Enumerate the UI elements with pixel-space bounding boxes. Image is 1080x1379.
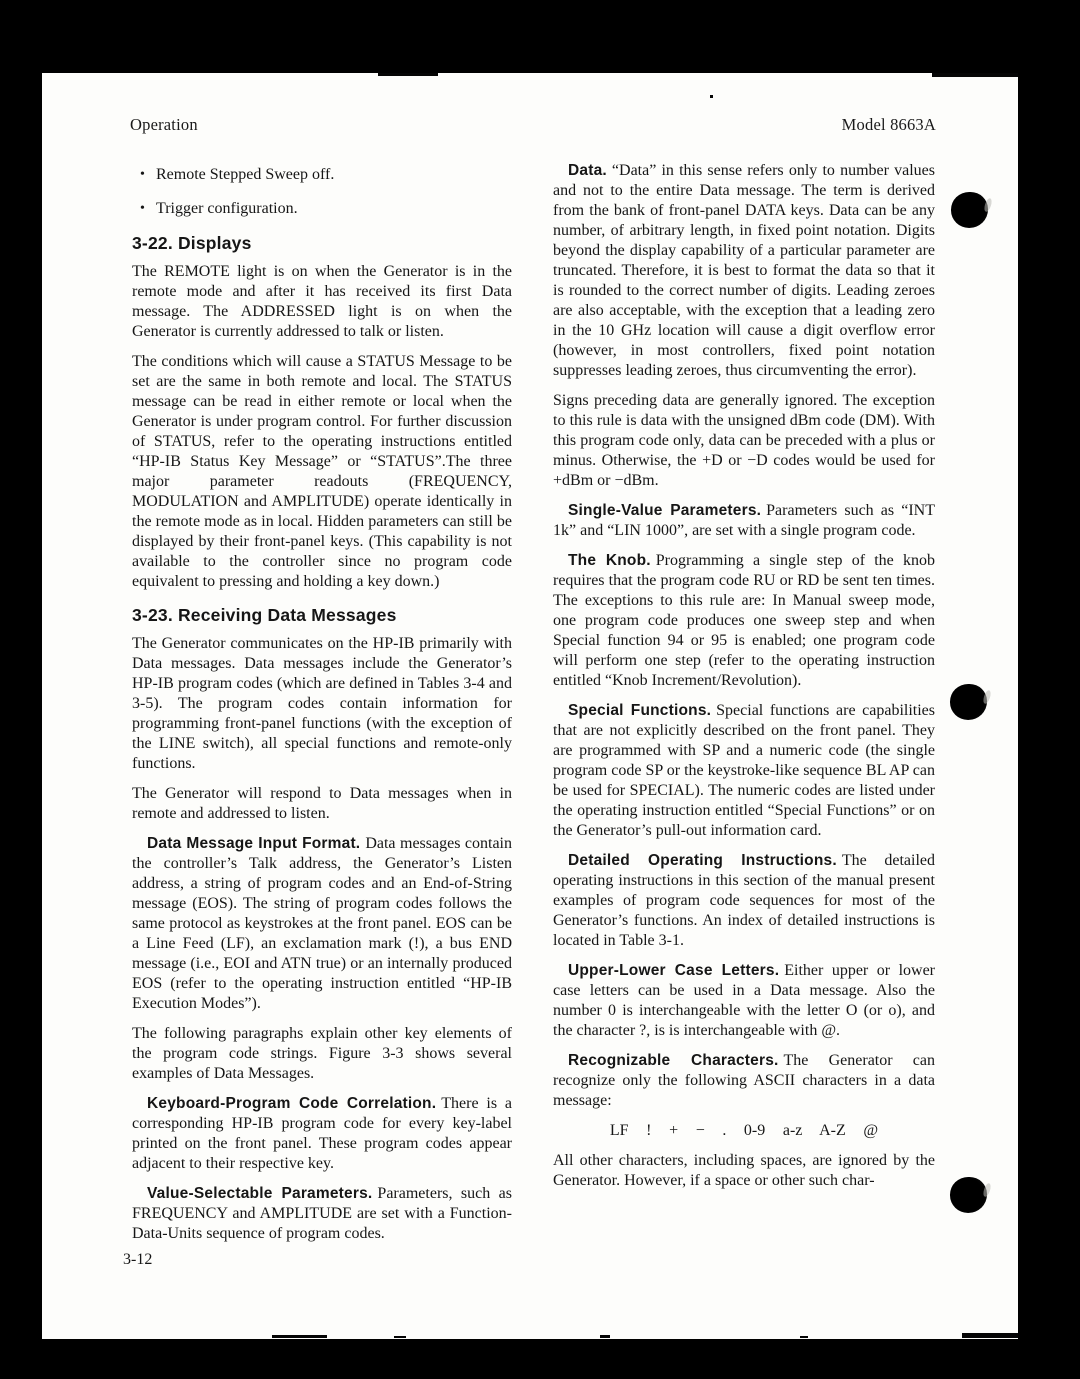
paragraph: The REMOTE light is on when the Generato…	[132, 262, 512, 342]
run-in-heading: Value-Selectable Parameters.	[147, 1185, 372, 1202]
paragraph: Data Message Input Format.Data messages …	[132, 834, 512, 1014]
paragraph: Keyboard-Program Code Correlation.There …	[132, 1094, 512, 1174]
paragraph: Detailed Operating Instructions.The deta…	[553, 851, 935, 951]
paragraph: All other characters, including spaces, …	[553, 1151, 935, 1191]
paragraph: Special Functions.Special functions are …	[553, 701, 935, 841]
paragraph-text: Special functions are capabilities that …	[553, 702, 935, 839]
punch-hole-middle	[950, 684, 987, 720]
paragraph: Signs preceding data are generally ignor…	[553, 391, 935, 491]
paragraph: The Generator communicates on the HP-IB …	[132, 634, 512, 774]
section-heading-3-23: 3-23. Receiving Data Messages	[132, 605, 512, 625]
bullet-text: Trigger configuration.	[156, 200, 298, 217]
paragraph: Recognizable Characters.The Generator ca…	[553, 1051, 935, 1111]
paragraph: The Knob.Programming a single step of th…	[553, 551, 935, 691]
run-in-heading: Keyboard-Program Code Correlation.	[147, 1095, 436, 1112]
paragraph-text: Data messages contain the controller’s T…	[132, 835, 512, 1012]
paragraph-text: “Data” in this sense refers only to numb…	[553, 162, 935, 379]
bullet-icon: •	[140, 165, 156, 185]
page-number: 3-12	[123, 1251, 152, 1269]
paragraph: The following paragraphs explain other k…	[132, 1024, 512, 1084]
paragraph: Value-Selectable Parameters.Parameters, …	[132, 1184, 512, 1244]
paragraph-text: Programming a single step of the knob re…	[553, 552, 935, 689]
run-in-heading: Data.	[568, 162, 607, 179]
run-in-heading: Single-Value Parameters.	[568, 502, 761, 519]
bullet-text: Remote Stepped Sweep off.	[156, 166, 334, 183]
bullet-item: •Trigger configuration.	[140, 199, 512, 219]
run-in-heading: Upper-Lower Case Letters.	[568, 962, 779, 979]
bullet-item: •Remote Stepped Sweep off.	[140, 165, 512, 185]
paragraph: Single-Value Parameters.Parameters such …	[553, 501, 935, 541]
running-header-left: Operation	[130, 115, 198, 135]
run-in-heading: Special Functions.	[568, 702, 711, 719]
run-in-heading: Recognizable Characters.	[568, 1052, 779, 1069]
run-in-heading: The Knob.	[568, 552, 651, 569]
run-in-heading: Detailed Operating Instructions.	[568, 852, 837, 869]
right-column: Data.“Data” in this sense refers only to…	[553, 161, 935, 1201]
paragraph: The conditions which will cause a STATUS…	[132, 352, 512, 592]
ascii-characters-line: LF ! + − . 0-9 a-z A-Z @	[553, 1121, 935, 1141]
section-heading-3-22: 3-22. Displays	[132, 233, 512, 253]
bullet-icon: •	[140, 199, 156, 219]
paragraph: The Generator will respond to Data messa…	[132, 784, 512, 824]
run-in-heading: Data Message Input Format.	[147, 835, 360, 852]
paragraph: Upper-Lower Case Letters.Either upper or…	[553, 961, 935, 1041]
paragraph: Data.“Data” in this sense refers only to…	[553, 161, 935, 381]
punch-hole-bottom	[950, 1177, 987, 1213]
running-header-right: Model 8663A	[842, 115, 936, 135]
left-column: •Remote Stepped Sweep off. •Trigger conf…	[132, 161, 512, 1254]
punch-hole-top	[951, 192, 988, 228]
scanned-manual-page: Operation Model 8663A •Remote Stepped Sw…	[42, 73, 1018, 1339]
